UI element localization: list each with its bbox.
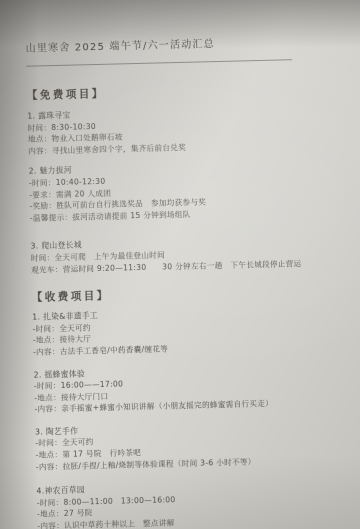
activity-item: 1. 露珠寻宝 时间：8:30-10:30 地点：物业入口处鹅卵石坡 内容：寻找…	[27, 103, 331, 157]
page-title: 山里寒舍 2025 端午节/六一活动汇总	[25, 32, 328, 54]
activity-item: 2. 魅力拔河 -时间：10:40-12:30 -要求：需满 20 人成团 -奖…	[29, 159, 333, 224]
activity-item: 4.神农百草园 -时间：8:00—11:00 13:00—16:00 -地点：2…	[36, 478, 340, 529]
paper-sheet: 山里寒舍 2025 端午节/六一活动汇总 【免费项目】 1. 露珠寻宝 时间：8…	[0, 0, 360, 529]
activity-item: 3. 爬山登长城 时间：全天可爬 上午为最佳登山时间 观光车：营运时间 9:20…	[30, 234, 334, 276]
section-heading-paid: 【收费项目】	[32, 282, 335, 304]
activity-item: 3. 陶艺手作 -时间：全天可约 -地点：第 17 号院 行吟茶吧 -内容：拉胚…	[35, 419, 339, 473]
document-content: 山里寒舍 2025 端午节/六一活动汇总 【免费项目】 1. 露珠寻宝 时间：8…	[0, 0, 360, 529]
title-underline	[26, 59, 292, 66]
activity-item: 2. 摇蜂蜜体验 -时间：16:00——17:00 -地点：接待大厅门口 -内容…	[34, 362, 338, 416]
activity-item: 1. 扎染&非遗手工 -时间：全天可约 -地点：接待大厅 -内容：古法手工香皂/…	[32, 304, 336, 358]
section-heading-free: 【免费项目】	[27, 80, 330, 102]
